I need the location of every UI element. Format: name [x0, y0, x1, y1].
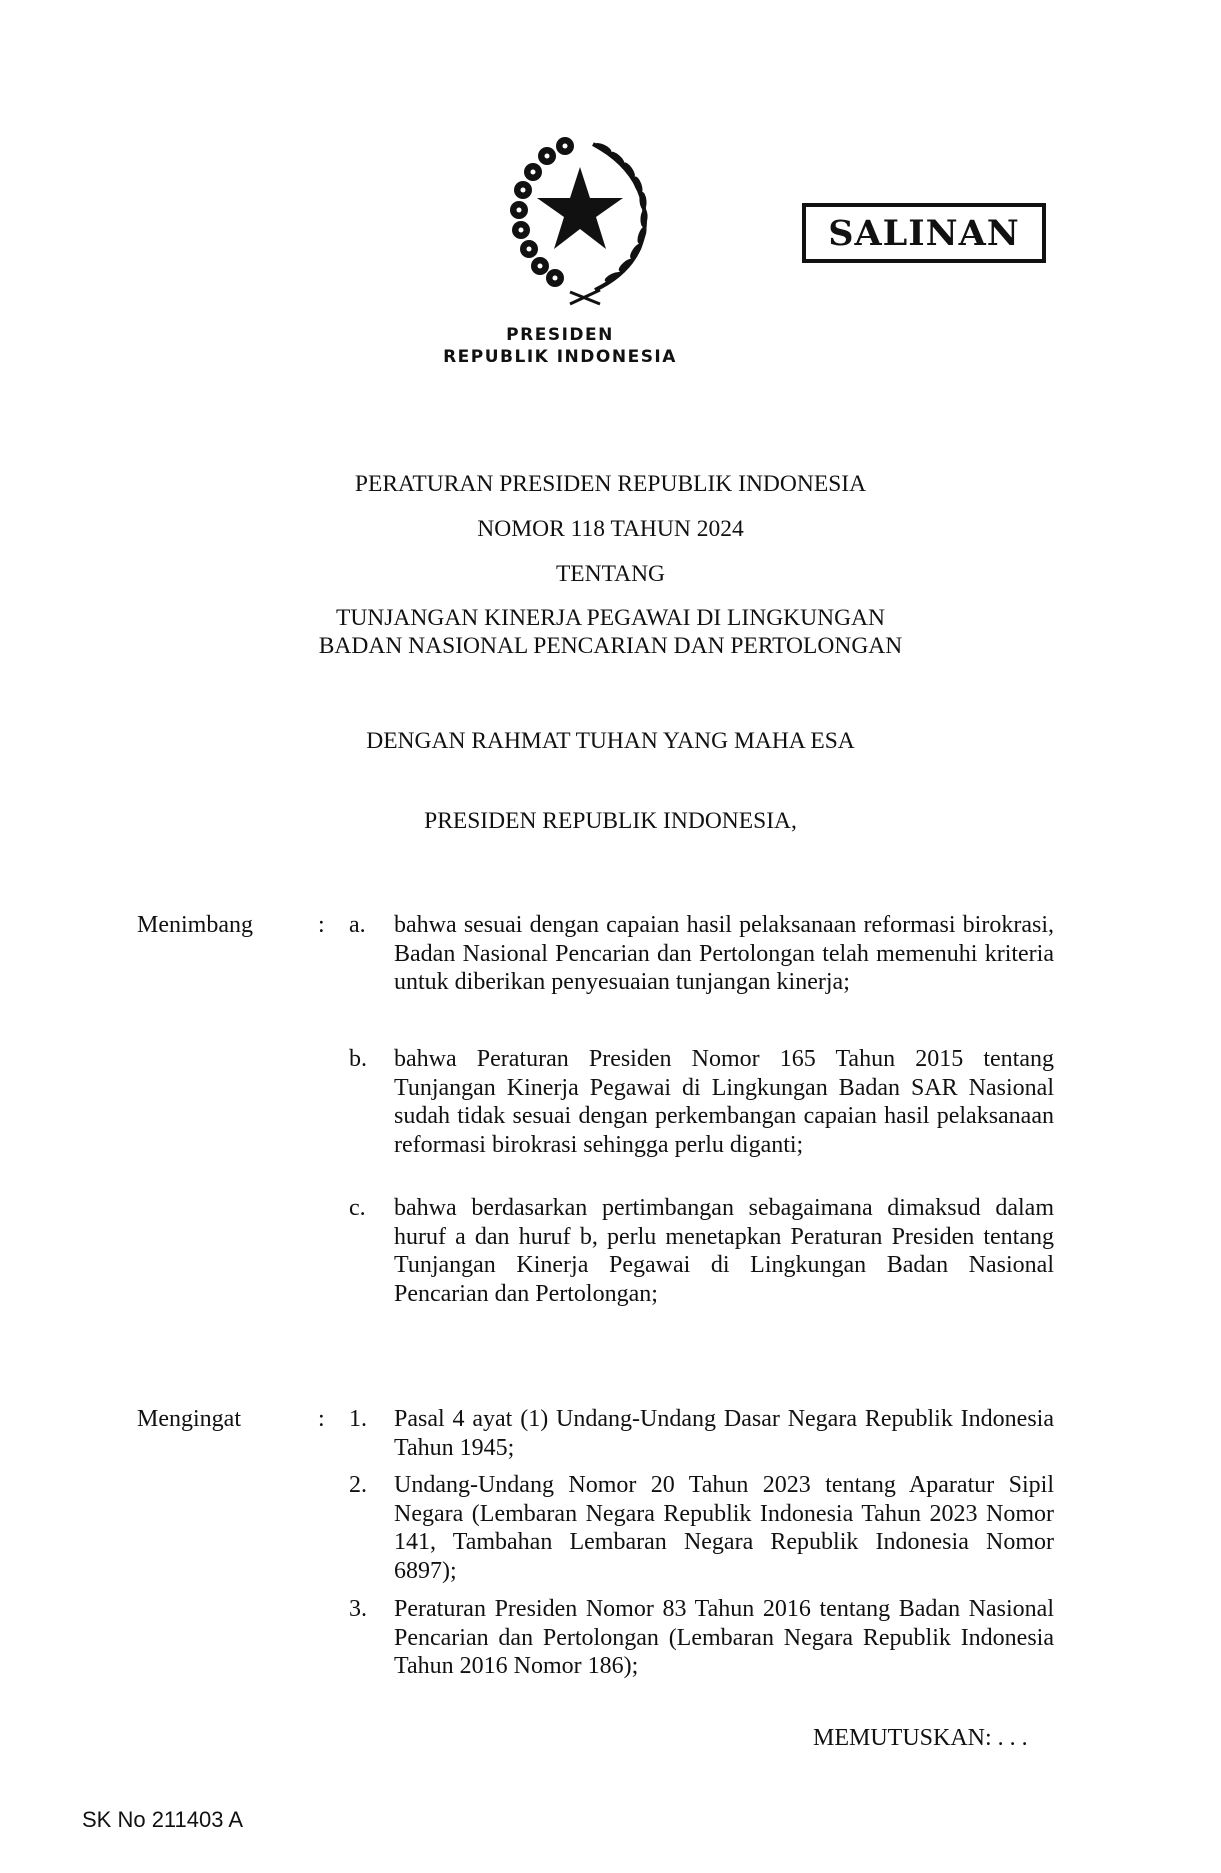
menimbang-item-b: bahwa Peraturan Presiden Nomor 165 Tahun…: [394, 1045, 1054, 1159]
emblem-caption-president: PRESIDEN: [380, 325, 740, 345]
salinan-stamp-label: SALINAN: [828, 213, 1020, 254]
regulation-subject-line2: BADAN NASIONAL PENCARIAN DAN PERTOLONGAN: [0, 632, 1221, 660]
emblem-caption-republic: REPUBLIK INDONESIA: [380, 347, 740, 367]
issuer: PRESIDEN REPUBLIK INDONESIA,: [0, 807, 1221, 835]
mengingat-item-1: Pasal 4 ayat (1) Undang-Undang Dasar Neg…: [394, 1405, 1054, 1462]
regulation-subject-line1: TUNJANGAN KINERJA PEGAWAI DI LINGKUNGAN: [0, 604, 1221, 632]
menimbang-item-a: bahwa sesuai dengan capaian hasil pelaks…: [394, 911, 1054, 997]
menimbang-marker-c: c.: [349, 1194, 389, 1223]
mengingat-marker-2: 2.: [349, 1471, 389, 1500]
preamble: DENGAN RAHMAT TUHAN YANG MAHA ESA: [0, 727, 1221, 755]
sk-number: SK No 211403 A: [82, 1807, 243, 1833]
presidential-seal-icon: [495, 132, 675, 307]
mengingat-label: Mengingat: [137, 1405, 241, 1434]
mengingat-marker-3: 3.: [349, 1595, 389, 1624]
mengingat-colon: :: [318, 1405, 325, 1434]
menimbang-marker-b: b.: [349, 1045, 389, 1074]
salinan-stamp: SALINAN: [802, 203, 1046, 263]
regulation-title: PERATURAN PRESIDEN REPUBLIK INDONESIA: [0, 470, 1221, 498]
mengingat-item-2: Undang-Undang Nomor 20 Tahun 2023 tentan…: [394, 1471, 1054, 1585]
regulation-number: NOMOR 118 TAHUN 2024: [0, 515, 1221, 543]
mengingat-item-3: Peraturan Presiden Nomor 83 Tahun 2016 t…: [394, 1595, 1054, 1681]
menimbang-item-c: bahwa berdasarkan pertimbangan sebagaima…: [394, 1194, 1054, 1308]
mengingat-marker-1: 1.: [349, 1405, 389, 1434]
menimbang-marker-a: a.: [349, 911, 389, 940]
menimbang-label: Menimbang: [137, 911, 253, 940]
continuation-marker: MEMUTUSKAN: . . .: [813, 1724, 1028, 1752]
menimbang-colon: :: [318, 911, 325, 940]
regulation-about: TENTANG: [0, 560, 1221, 588]
